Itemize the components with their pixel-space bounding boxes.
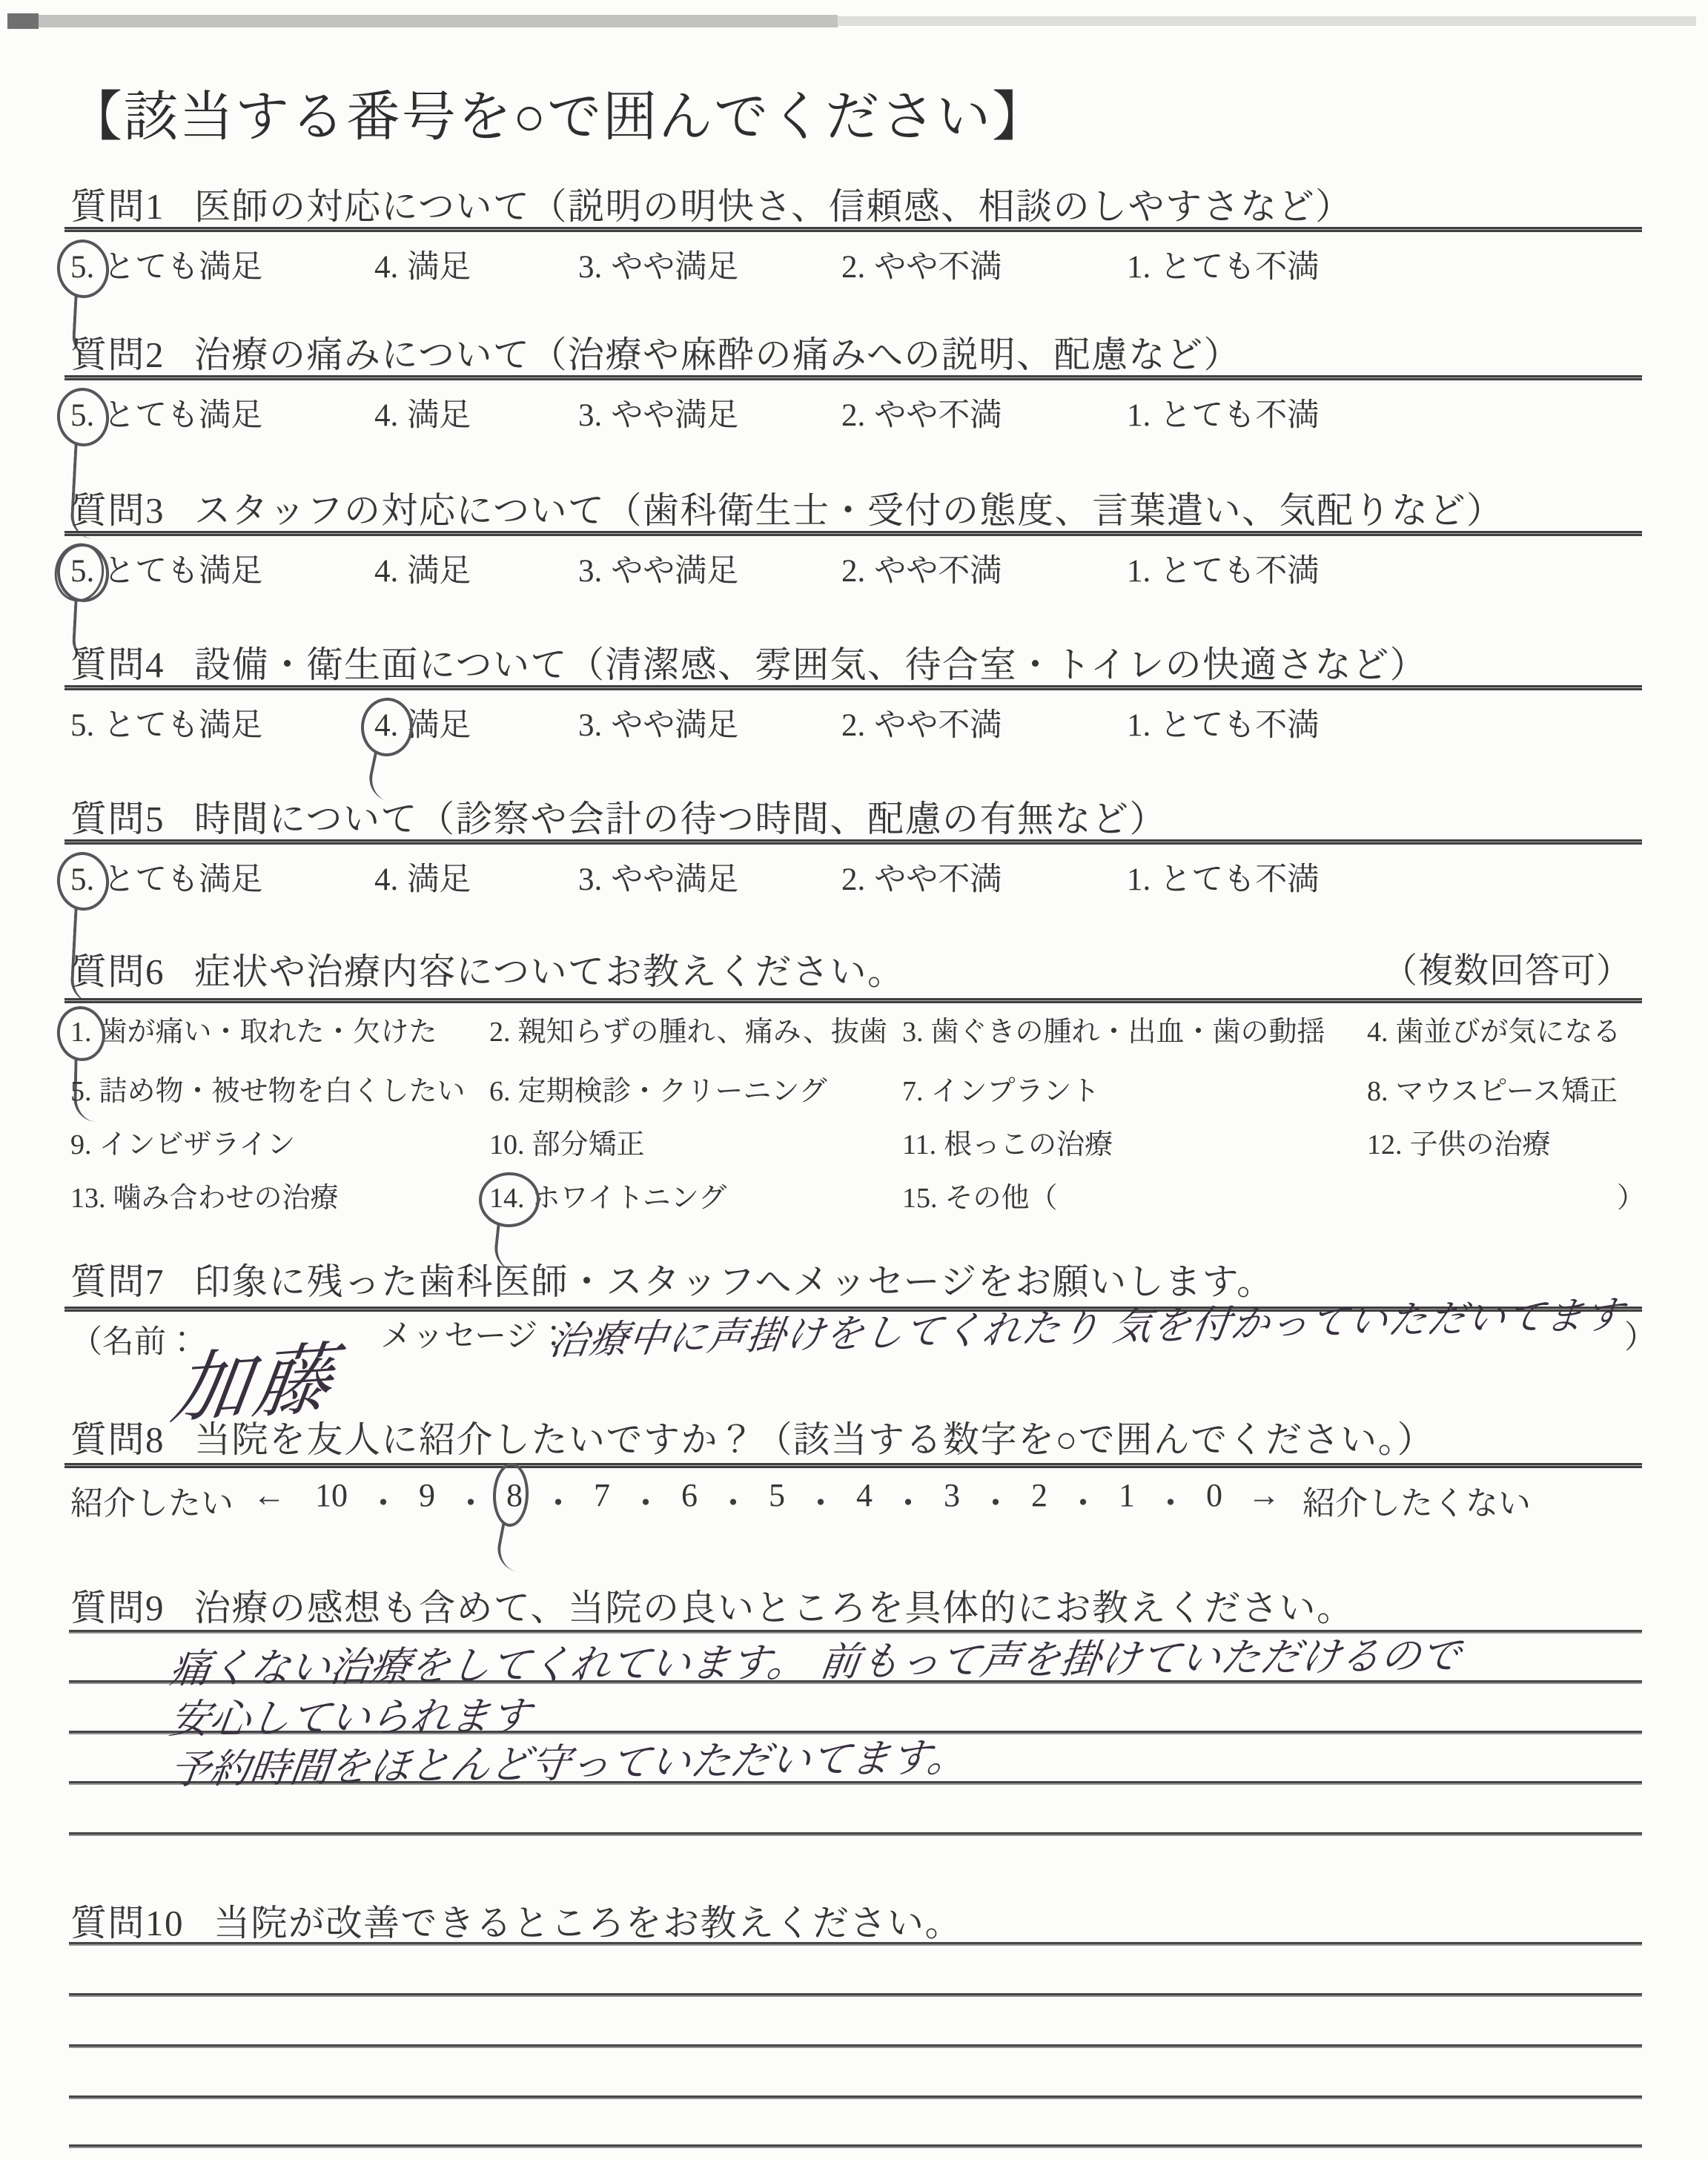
answer-line [69, 1993, 1642, 1997]
other-close-paren: ） [1617, 1175, 1645, 1215]
question-6-title: 質問6症状や治療内容についてお教えください。 [70, 943, 905, 995]
rating-option: 4.満足 [374, 700, 471, 745]
question-4: 質問4設備・衛生面について（清潔感、雰囲気、待合室・トイレの快適さなど） 5.と… [70, 636, 1642, 788]
rating-option: 5.とても満足 [70, 390, 262, 435]
divider-rule [64, 839, 1642, 845]
dot-separator: ・ [1135, 1476, 1206, 1524]
scale-number: 9 [419, 1476, 435, 1514]
question-9: 質問9治療の感想も含めて、当院の良いところを具体的にお教えください。 痛くない治… [70, 1579, 1642, 1846]
question-5-title: 質問5時間について（診察や会計の待つ時間、配慮の有無など） [70, 790, 1167, 842]
rating-option: 2.やや不満 [841, 242, 1002, 287]
rating-option: 3.やや満足 [578, 242, 738, 287]
question-9-title: 質問9治療の感想も含めて、当院の良いところを具体的にお教えください。 [70, 1579, 1354, 1631]
question-3-label: 質問3 [70, 490, 165, 531]
symptom-option: 13.噛み合わせの治療 [70, 1175, 339, 1215]
question-4-options: 5.とても満足 4.満足 3.やや満足 2.やや不満 1.とても不満 [70, 700, 1642, 752]
scale-number-selected: 8 [506, 1476, 523, 1514]
question-4-title: 質問4設備・衛生面について（清潔感、雰囲気、待合室・トイレの快適さなど） [70, 636, 1427, 688]
divider-rule [64, 531, 1642, 536]
scale-number: 1 [1119, 1476, 1135, 1514]
options-row-3: 9.インビザライン 10.部分矯正 11.根っこの治療 12.子供の治療 [70, 1121, 1642, 1173]
question-2-options: 5.とても満足 4.満足 3.やや満足 2.やや不満 1.とても不満 [70, 390, 1642, 442]
divider-rule [64, 998, 1642, 1003]
rating-option: 4.満足 [374, 242, 471, 287]
scale-number: 0 [1206, 1476, 1222, 1514]
symptom-option: 4.歯並びが気になる [1367, 1008, 1621, 1049]
rating-option: 4.満足 [374, 854, 471, 899]
scanned-survey-sheet: 【該当する番号を○で囲んでください】 質問1医師の対応について（説明の明快さ、信… [0, 0, 1708, 2160]
rating-option: 4.満足 [374, 390, 471, 435]
dot-separator: ・ [610, 1476, 681, 1524]
divider-rule [64, 375, 1642, 380]
rating-option: 2.やや不満 [841, 546, 1002, 591]
scale-number: 2 [1031, 1476, 1047, 1514]
question-6-text: 症状や治療内容についてお教えください。 [194, 951, 905, 992]
answer-line [69, 2095, 1642, 2099]
question-6-label: 質問6 [70, 951, 165, 992]
symptom-option: 9.インビザライン [70, 1121, 295, 1162]
symptom-option: 14.ホワイトニング [489, 1175, 726, 1215]
answer-line [69, 1942, 1642, 1946]
symptom-option: 6.定期検診・クリーニング [489, 1068, 827, 1109]
question-10-label: 質問10 [70, 1903, 184, 1943]
question-4-label: 質問4 [70, 644, 165, 685]
question-8: 質問8当院を友人に紹介したいですか？（該当する数字を○で囲んでください。） 紹介… [70, 1411, 1642, 1552]
scale-number: 6 [681, 1476, 698, 1514]
question-1-text: 医師の対応について（説明の明快さ、信頼感、相談のしやすさなど） [194, 186, 1353, 227]
rating-option: 5.とても満足 [70, 700, 262, 745]
rating-option: 3.やや満足 [578, 546, 738, 591]
question-4-text: 設備・衛生面について（清潔感、雰囲気、待合室・トイレの快適さなど） [194, 644, 1427, 685]
right-arrow-icon: → [1248, 1476, 1280, 1514]
question-6: 質問6症状や治療内容についてお教えください。 （複数回答可） 1.歯が痛い・取れ… [70, 943, 1642, 1240]
question-5-label: 質問5 [70, 799, 165, 839]
rating-option: 4.満足 [374, 546, 471, 591]
dot-separator: ・ [785, 1476, 856, 1524]
rating-option: 2.やや不満 [841, 390, 1002, 435]
question-5-options: 5.とても満足 4.満足 3.やや満足 2.やや不満 1.とても不満 [70, 854, 1642, 906]
dot-separator: ・ [698, 1476, 769, 1524]
dot-separator: ・ [960, 1476, 1031, 1524]
scan-artifact-band-mid [7, 15, 838, 27]
symptom-option: 1.歯が痛い・取れた・欠けた [70, 1008, 437, 1049]
symptom-option: 15.その他（ [902, 1175, 1058, 1215]
dot-separator: ・ [523, 1476, 594, 1524]
rating-option: 5.とても満足 [70, 546, 262, 591]
rating-option: 2.やや不満 [841, 854, 1002, 899]
divider-rule [64, 1463, 1642, 1468]
symptom-option: 8.マウスピース矯正 [1367, 1068, 1618, 1109]
scale-left-label: 紹介したい [70, 1476, 234, 1524]
scale-number: 3 [944, 1476, 960, 1514]
symptom-option: 7.インプラント [902, 1068, 1100, 1109]
question-6-options: 1.歯が痛い・取れた・欠けた 2.親知らずの腫れ、痛み、抜歯 3.歯ぐきの腫れ・… [70, 1008, 1642, 1231]
rating-option: 3.やや満足 [578, 700, 738, 745]
question-8-text: 当院を友人に紹介したいですか？（該当する数字を○で囲んでください。） [194, 1419, 1434, 1460]
options-row-4: 13.噛み合わせの治療 14.ホワイトニング 15.その他（ ） [70, 1175, 1642, 1226]
question-3-title: 質問3スタッフの対応について（歯科衛生士・受付の態度、言葉遣い、気配りなど） [70, 482, 1504, 534]
question-3: 質問3スタッフの対応について（歯科衛生士・受付の態度、言葉遣い、気配りなど） 5… [70, 482, 1642, 638]
rating-option: 1.とても不満 [1127, 854, 1319, 899]
symptom-option: 12.子供の治療 [1367, 1121, 1551, 1162]
scale-right-label: 紹介したくない [1302, 1476, 1531, 1524]
symptom-option: 2.親知らずの腫れ、痛み、抜歯 [489, 1008, 887, 1049]
rating-option: 5.とても満足 [70, 854, 262, 899]
question-9-text: 治療の感想も含めて、当院の良いところを具体的にお教えください。 [194, 1588, 1354, 1628]
symptom-option: 10.部分矯正 [489, 1121, 645, 1162]
scale-number: 5 [769, 1476, 785, 1514]
options-row-2: 5.詰め物・被せ物を白くしたい 6.定期検診・クリーニング 7.インプラント 8… [70, 1068, 1642, 1120]
dot-separator: ・ [1047, 1476, 1119, 1524]
symptom-option: 11.根っこの治療 [902, 1121, 1113, 1162]
scale-number: 10 [315, 1476, 348, 1514]
question-2: 質問2治療の痛みについて（治療や麻酔の痛みへの説明、配慮など） 5.とても満足 … [70, 326, 1642, 482]
symptom-option: 3.歯ぐきの腫れ・出血・歯の動揺 [902, 1008, 1325, 1049]
message-field-label: メッセージ： [380, 1311, 569, 1356]
nps-scale-row: 紹介したい ← 10 ・ 9 ・ 8 ・ 7 ・ 6 ・ 5 ・ 4 ・ 3 ・… [70, 1476, 1642, 1528]
rating-option: 3.やや満足 [578, 854, 738, 899]
dot-separator: ・ [348, 1476, 419, 1524]
dot-separator: ・ [435, 1476, 506, 1524]
scale-number: 7 [594, 1476, 610, 1514]
scan-artifact-band-dark [7, 13, 39, 29]
question-8-title: 質問8当院を友人に紹介したいですか？（該当する数字を○で囲んでください。） [70, 1411, 1434, 1463]
question-3-options: 5.とても満足 4.満足 3.やや満足 2.やや不満 1.とても不満 [70, 546, 1642, 598]
question-10-text: 当院が改善できるところをお教えください。 [213, 1903, 962, 1943]
question-2-title: 質問2治療の痛みについて（治療や麻酔の痛みへの説明、配慮など） [70, 326, 1241, 378]
options-row-1: 1.歯が痛い・取れた・欠けた 2.親知らずの腫れ、痛み、抜歯 3.歯ぐきの腫れ・… [70, 1008, 1642, 1060]
answer-line [69, 1832, 1642, 1836]
rating-option: 2.やや不満 [841, 700, 1002, 745]
survey-heading: 【該当する番号を○で囲んでください】 [68, 73, 1047, 151]
divider-rule [64, 685, 1642, 690]
left-arrow-icon: ← [253, 1476, 285, 1514]
question-6-note: （複数回答可） [1383, 943, 1632, 993]
question-1: 質問1医師の対応について（説明の明快さ、信頼感、相談のしやすさなど） 5.とても… [70, 178, 1642, 326]
question-2-label: 質問2 [70, 334, 165, 375]
close-paren: ） [1624, 1312, 1656, 1358]
question-3-text: スタッフの対応について（歯科衛生士・受付の態度、言葉遣い、気配りなど） [194, 490, 1504, 531]
question-10: 質問10当院が改善できるところをお教えください。 [70, 1895, 1642, 2154]
rating-option: 1.とても不満 [1127, 390, 1319, 435]
rating-option: 1.とても不満 [1127, 242, 1319, 287]
answer-line [69, 2044, 1642, 2048]
question-1-label: 質問1 [70, 186, 165, 227]
rating-option: 5.とても満足 [70, 242, 262, 287]
question-2-text: 治療の痛みについて（治療や麻酔の痛みへの説明、配慮など） [194, 334, 1241, 375]
symptom-option: 5.詰め物・被せ物を白くしたい [70, 1068, 466, 1109]
answer-line [69, 2144, 1642, 2148]
question-7: 質問7印象に残った歯科医師・スタッフへメッセージをお願いします。 （名前： 加藤… [70, 1253, 1642, 1409]
question-7-answer-row: （名前： 加藤 メッセージ： 治療中に声掛けをしてくれたり 気を付かっていただい… [70, 1253, 1642, 1416]
question-8-label: 質問8 [70, 1419, 165, 1460]
rating-option: 1.とても不満 [1127, 546, 1319, 591]
question-5: 質問5時間について（診察や会計の待つ時間、配慮の有無など） 5.とても満足 4.… [70, 790, 1642, 939]
handwritten-message: 治療中に声掛けをしてくれたり 気を付かっていただいてます [547, 1283, 1628, 1365]
rating-option: 1.とても不満 [1127, 700, 1319, 745]
question-5-text: 時間について（診察や会計の待つ時間、配慮の有無など） [194, 799, 1167, 839]
question-10-title: 質問10当院が改善できるところをお教えください。 [70, 1895, 962, 1946]
rating-option: 3.やや満足 [578, 390, 738, 435]
dot-separator: ・ [873, 1476, 944, 1524]
question-1-options: 5.とても満足 4.満足 3.やや満足 2.やや不満 1.とても不満 [70, 242, 1642, 294]
scale-number: 4 [856, 1476, 873, 1514]
divider-rule [64, 227, 1642, 232]
question-1-title: 質問1医師の対応について（説明の明快さ、信頼感、相談のしやすさなど） [70, 178, 1353, 230]
question-9-label: 質問9 [70, 1588, 165, 1628]
